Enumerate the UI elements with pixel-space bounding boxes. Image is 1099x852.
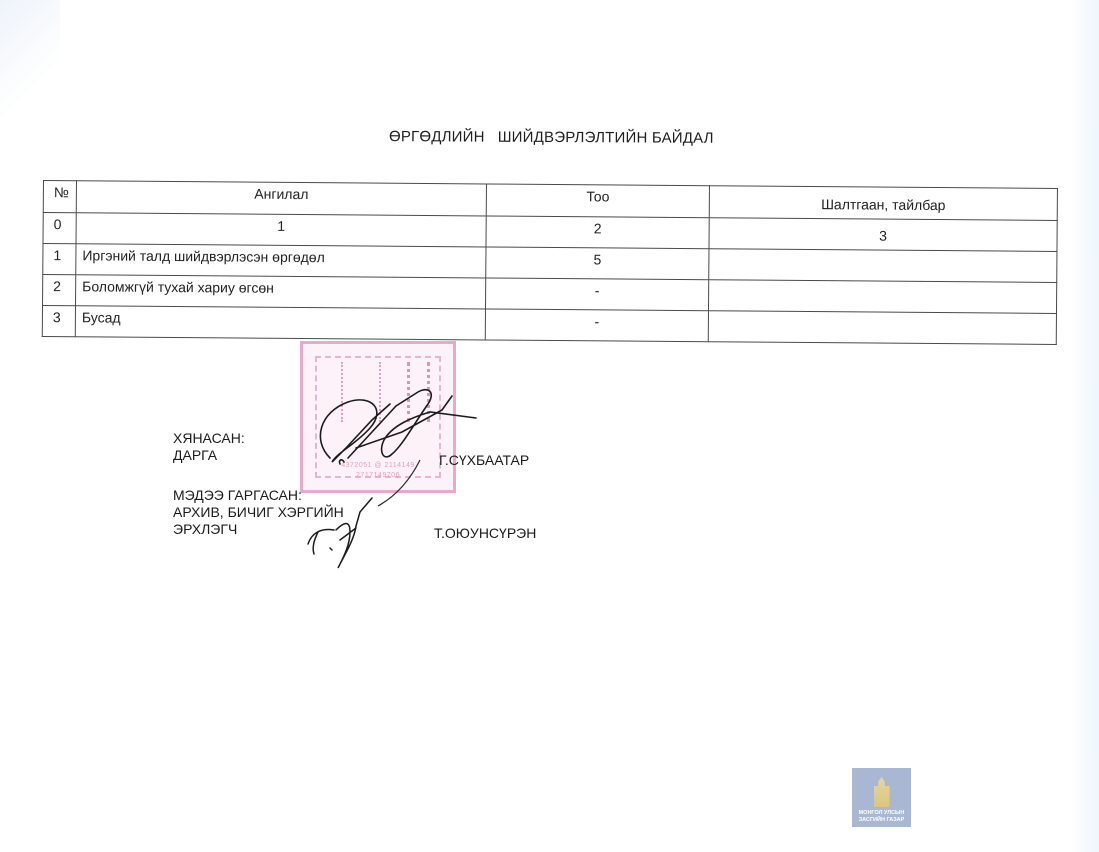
header-category: Ангилал: [76, 181, 486, 216]
cell-reason: 3: [709, 218, 1057, 252]
cell-category: 1: [76, 213, 486, 247]
stamp-number: 2717149706: [303, 472, 453, 479]
scan-shadow: [0, 0, 60, 120]
cell-no: 3: [42, 306, 75, 337]
stamp-mongolian-script: [407, 362, 415, 422]
reviewed-position: ДАРГА: [173, 447, 217, 464]
cell-reason: [709, 249, 1057, 283]
table-row: 3 Бусад -: [42, 306, 1056, 345]
prepared-label: МЭДЭЭ ГАРГАСАН:: [173, 487, 302, 504]
prepared-name: Т.ОЮУНСҮРЭН: [434, 525, 536, 542]
logo-text-line-2: ЗАСГИЙН ГАЗАР: [859, 817, 905, 824]
cell-count: -: [486, 278, 709, 311]
header-reason: Шалтгаан, тайлбар: [709, 186, 1057, 221]
cell-category: Иргэний талд шийдвэрлэсэн өргөдөл: [76, 244, 486, 278]
official-stamp: 4372051 @ 2114149 2717149706: [300, 341, 456, 493]
government-logo: МОНГОЛ УЛСЫН ЗАСГИЙН ГАЗАР: [852, 768, 911, 827]
handwritten-signatures: [0, 0, 1099, 852]
header-count: Тоо: [486, 184, 709, 218]
prepared-position-line-2: ЭРХЛЭГЧ: [173, 521, 237, 538]
scan-edge-shadow: [1071, 0, 1099, 852]
cell-no: 2: [43, 275, 76, 306]
stamp-border-pattern: [315, 356, 441, 478]
stamp-mongolian-script: [427, 362, 435, 422]
reviewed-name: Г.СҮХБААТАР: [439, 452, 529, 469]
cell-count: -: [485, 309, 708, 342]
cell-category: Боломжгүй тухай хариу өгсөн: [76, 275, 486, 309]
soyombo-emblem-icon: [874, 777, 890, 807]
reviewed-label: ХЯНАСАН:: [173, 430, 245, 447]
stamp-mongolian-script: [341, 362, 349, 422]
cell-count: 2: [486, 216, 709, 249]
report-table: № Ангилал Тоо Шалтгаан, тайлбар 0 1 2 3 …: [42, 180, 1058, 345]
stamp-mongolian-script: [379, 362, 387, 422]
cell-no: 0: [43, 213, 76, 244]
prepared-position: АРХИВ, БИЧИГ ХЭРГИЙН: [173, 504, 344, 521]
page-title: ӨРГӨДЛИЙН ШИЙДВЭРЛЭЛТИЙН БАЙДАЛ: [389, 128, 714, 147]
cell-reason: [708, 280, 1056, 314]
header-no: №: [43, 181, 76, 213]
cell-count: 5: [486, 247, 709, 280]
cell-reason: [708, 311, 1056, 345]
cell-category: Бусад: [75, 306, 485, 340]
stamp-number: 4372051 @ 2114149: [303, 462, 453, 469]
cell-no: 1: [43, 244, 76, 275]
report-table-container: № Ангилал Тоо Шалтгаан, тайлбар 0 1 2 3 …: [42, 180, 1058, 345]
